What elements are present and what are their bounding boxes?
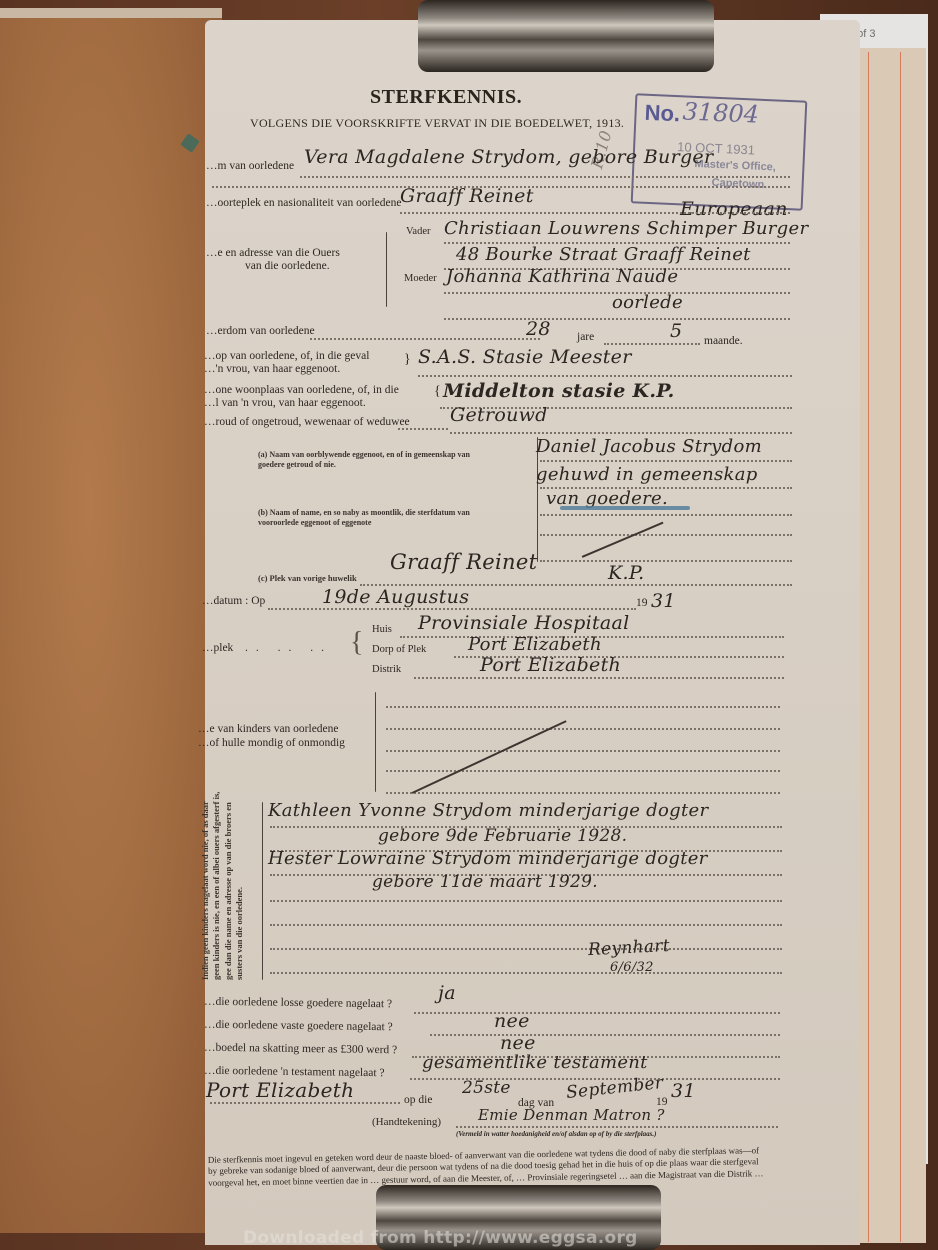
parents-label: …e en adresse van die Ouers — [206, 247, 340, 259]
marital-label: …roud of ongetroud, wewenaar of weduwee — [204, 416, 410, 428]
death-year-prefix: 19 — [636, 597, 648, 609]
dotted-line — [270, 924, 782, 926]
spouse-a-label: (a) Naam van oorblywende eggenoot, en of… — [258, 450, 478, 469]
birthplace-label: …oorteplek en nasionaliteit van oorleden… — [206, 197, 401, 209]
mother-status: oorlede — [612, 292, 683, 313]
dotted-line — [456, 1126, 778, 1128]
signature: Emie Denman Matron ? — [478, 1106, 665, 1124]
death-place-label: …plek — [202, 642, 233, 654]
dotted-line — [270, 948, 782, 950]
children-label: …e van kinders van oorledene — [198, 723, 339, 735]
age-years: 28 — [526, 318, 551, 340]
age-label: …erdom van oorledene — [206, 325, 315, 337]
stamp-number: 31804 — [682, 97, 760, 128]
form-title: STERFKENNIS. — [370, 86, 522, 109]
dotted-line — [300, 176, 790, 178]
district-label: Distrik — [372, 664, 401, 675]
estate-value-answer: nee — [500, 1032, 536, 1054]
dotted-line — [540, 560, 792, 562]
binder-clip-top — [418, 0, 714, 72]
father-address: 48 Bourke Straat Graaff Reinet — [456, 244, 751, 265]
birthplace-value: Graaff Reinet — [400, 185, 534, 207]
years-label: jare — [577, 331, 594, 343]
spouse-a-line2: gehuwd in gemeenskap — [536, 464, 758, 485]
spouse-a-line1: Daniel Jacobus Strydom — [536, 436, 762, 457]
residence-label-2: …l van 'n vrou, van haar eggenoot. — [204, 397, 366, 409]
age-months: 5 — [670, 320, 682, 342]
spouse-c-label: (c) Plek van vorige huwelik — [258, 573, 357, 583]
dotted-line — [270, 972, 782, 974]
signed-at-place: Port Elizabeth — [206, 1078, 354, 1102]
on-the-label: op die — [404, 1094, 432, 1106]
months-label: maande. — [704, 335, 743, 347]
brace-glyph: { — [350, 627, 363, 659]
sibling-line-3: Hester Lowraine Strydom minderjarige dog… — [268, 848, 708, 869]
previous-marriage-province: K.P. — [608, 562, 644, 584]
ruled-back-sheet — [850, 48, 926, 1243]
dotted-line — [444, 318, 790, 320]
death-day: 19de Augustus — [322, 586, 469, 608]
previous-marriage-place: Graaff Reinet — [390, 550, 537, 574]
signed-year: 31 — [671, 1080, 696, 1102]
dotted-line — [270, 900, 782, 902]
death-year: 31 — [651, 590, 676, 612]
watermark: Downloaded from http://www.eggsa.org — [243, 1228, 638, 1248]
death-town: Port Elizabeth — [468, 634, 602, 655]
stamp-prefix: No. — [644, 100, 681, 128]
nationality-value: Europeaan — [680, 198, 788, 220]
occupation-label-2: …'n vrou, van haar eggenoot. — [204, 363, 340, 375]
children-label-2: …of hulle mondig of onmondig — [198, 737, 345, 749]
movable-goods-value: ja — [438, 982, 456, 1004]
father-label: Vader — [406, 226, 431, 237]
house-label: Huis — [372, 624, 392, 635]
brace-glyph: } — [404, 352, 411, 368]
spouse-b-label: (b) Naam of name, en so naby as moontlik… — [258, 508, 478, 527]
blue-underline-mark — [560, 506, 690, 510]
signature-note: (Vermeld in watter hoedanigheid en/of al… — [456, 1130, 656, 1138]
dotted-line — [540, 460, 792, 462]
dotted-line — [540, 534, 792, 536]
dotted-line — [386, 750, 780, 752]
name-value: Vera Magdalene Strydom, gebore Burger — [304, 146, 713, 168]
brace — [386, 232, 387, 307]
dotted-line — [398, 428, 448, 430]
sibling-line-2: gebore 9de Februarie 1928. — [378, 826, 627, 846]
dotted-line — [400, 212, 790, 214]
signature-label: (Handtekening) — [372, 1116, 441, 1128]
dotted-line — [540, 514, 792, 516]
dotted-line — [418, 375, 792, 377]
mother-name: Johanna Kathrina Naude — [446, 266, 678, 287]
residence-label: …one woonplaas van oorledene, of, in die — [204, 384, 399, 396]
occupation-value: S.A.S. Stasie Meester — [418, 346, 632, 368]
death-date-label: …datum : Op — [202, 595, 265, 607]
town-label: Dorp of Plek — [372, 644, 426, 655]
parents-label-2: van die oorledene. — [245, 260, 330, 272]
immovable-goods-value: nee — [494, 1010, 530, 1032]
death-house: Provinsiale Hospitaal — [418, 612, 630, 634]
dotted-line — [386, 728, 780, 730]
siblings-side-note: Indien geen kinders nagelaat word nie, o… — [200, 790, 246, 980]
will-value: gesamentlike testament — [422, 1052, 648, 1073]
dotted-line — [450, 432, 792, 434]
death-district: Port Elizabeth — [480, 654, 621, 676]
brace — [375, 692, 376, 792]
form-subtitle: VOLGENS DIE VOORSKRIFTE VERVAT IN DIE BO… — [250, 116, 624, 131]
brace — [262, 802, 263, 980]
dotted-line — [386, 770, 780, 772]
residence-value: Middelton stasie K.P. — [443, 380, 675, 402]
brace-glyph: { — [434, 384, 441, 400]
official-initials: Reynhart — [588, 936, 671, 960]
dotted-line — [604, 343, 700, 345]
sibling-line-1: Kathleen Yvonne Strydom minderjarige dog… — [268, 800, 708, 821]
marital-value: Getrouwd — [450, 404, 548, 426]
dotted-line — [414, 1012, 780, 1014]
ruled-margin-line — [868, 52, 869, 1242]
ruled-margin-line — [900, 52, 901, 1242]
cover-tab-mark — [180, 133, 199, 152]
father-name: Christiaan Louwrens Schimper Burger — [444, 218, 808, 239]
occupation-label: …op van oorledene, of, in die geval — [204, 350, 369, 362]
dotted-line — [210, 1102, 400, 1104]
dotted-line — [386, 792, 780, 794]
dotted-line — [414, 677, 784, 679]
dotted-line — [430, 1034, 780, 1036]
initials-date: 6/6/32 — [610, 960, 654, 975]
stamp-city: Capetown. — [711, 177, 767, 191]
label-dots: .. .. .. — [245, 642, 332, 654]
dotted-line — [310, 338, 540, 340]
name-label: …m van oorledene — [206, 160, 294, 172]
dotted-line — [386, 706, 780, 708]
signed-day: 25ste — [462, 1078, 511, 1098]
dotted-line — [268, 608, 636, 610]
mother-label: Moeder — [404, 273, 437, 284]
folder-cover — [0, 8, 222, 1233]
sibling-line-4: gebore 11de maart 1929. — [372, 872, 598, 892]
